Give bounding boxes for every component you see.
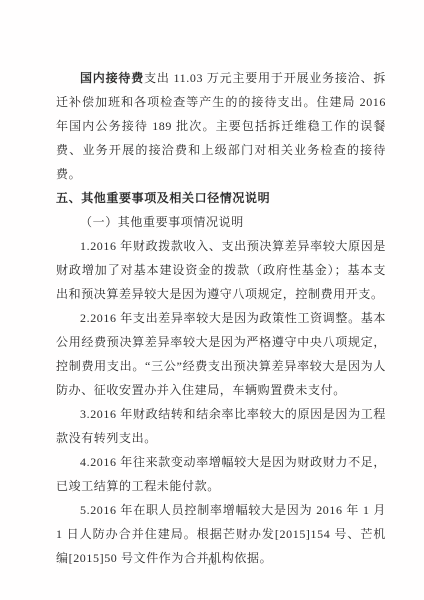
subsection-heading: （一）其他重要事项情况说明 (56, 210, 386, 234)
paragraph-lead-bold-text: 国内接待费 (80, 71, 144, 85)
item-paragraph-4: 4.2016 年往来款变动率增幅较大是因为财政财力不足，已竣工结算的工程未能付款… (56, 450, 386, 498)
item-paragraph-1: 1.2016 年财政拨款收入、支出预决算差异率较大原因是财政增加了对基本建设资金… (56, 234, 386, 306)
section-heading: 五、其他重要事项及相关口径情况说明 (56, 186, 386, 210)
item-paragraph-3: 3.2016 年财政结转和结余率比率较大的原因是因为工程款没有转列支出。 (56, 402, 386, 450)
page-number: 10 (0, 557, 424, 567)
paragraph-domestic-reception: 国内接待费支出 11.03 万元主要用于开展业务接洽、拆迁补偿加班和各项检查等产… (56, 66, 386, 186)
item-paragraph-2: 2.2016 年支出差异率较大是因为政策性工资调整。基本公用经费预决算差异率较大… (56, 306, 386, 402)
document-content: 国内接待费支出 11.03 万元主要用于开展业务接洽、拆迁补偿加班和各项检查等产… (56, 66, 386, 570)
document-page: 国内接待费支出 11.03 万元主要用于开展业务接洽、拆迁补偿加班和各项检查等产… (0, 0, 424, 600)
paragraph-body-text: 支出 11.03 万元主要用于开展业务接洽、拆迁补偿加班和各项检查等产生的的接待… (56, 71, 386, 181)
